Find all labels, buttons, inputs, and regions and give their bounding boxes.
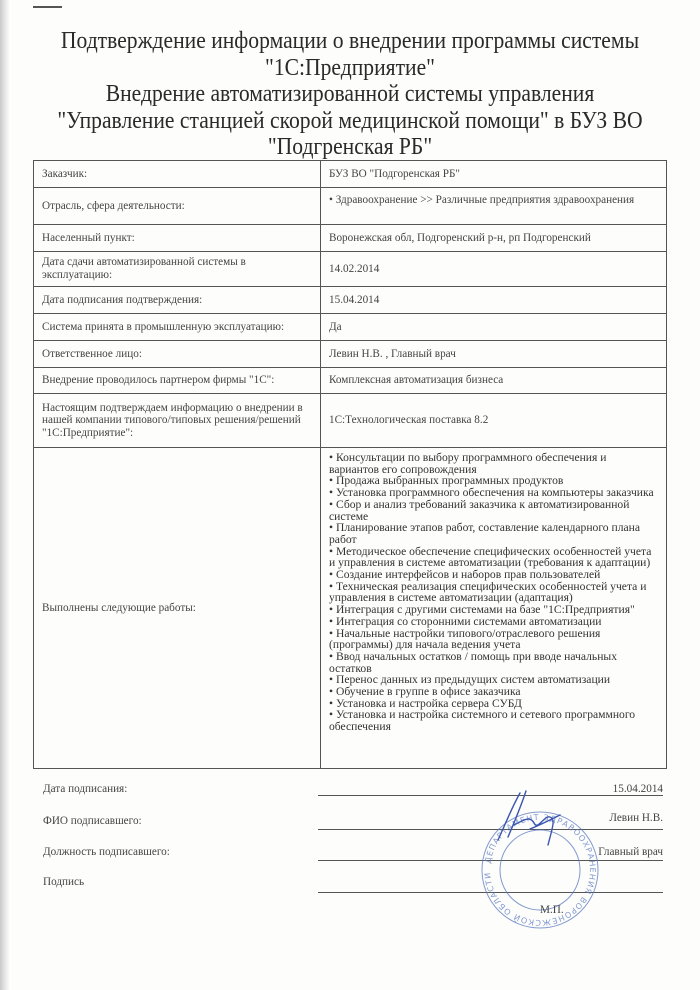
table-row: Настоящим подтверждаем информацию о внед… (34, 394, 667, 448)
row-value: Да (321, 314, 667, 341)
row-label: Заказчик: (34, 161, 321, 188)
table-row: Дата сдачи автоматизированной системы в … (34, 252, 667, 287)
table-row: Внедрение проводилось партнером фирмы "1… (34, 368, 667, 394)
list-item: • Сбор и анализ требований заказчика к а… (329, 499, 658, 522)
date-value: 15.04.2014 (613, 783, 663, 795)
list-item: • Интеграция со сторонними системами авт… (329, 616, 658, 628)
list-item: • Установка и настройка системного и сет… (329, 709, 658, 732)
position-value: Главный врач (598, 846, 663, 858)
row-value: Комплексная автоматизация бизнеса (321, 368, 667, 394)
row-value: 15.04.2014 (321, 287, 667, 314)
row-value: Левин Н.В. , Главный врач (321, 341, 667, 368)
document-title: Подтверждение информации о внедрении про… (0, 28, 700, 161)
info-table: Заказчик: БУЗ ВО "Подгоренская РБ" Отрас… (33, 160, 667, 769)
row-value: Воронежская обл, Подгоренский р-н, рп По… (321, 225, 667, 252)
row-label: Ответственное лицо: (34, 341, 321, 368)
row-label: Настоящим подтверждаем информацию о внед… (34, 394, 321, 448)
list-item: • Обучение в группе в офисе заказчика (329, 686, 658, 698)
list-item: • Планирование этапов работ, составление… (329, 522, 658, 545)
scan-mark (33, 6, 62, 8)
list-item: • Консультации по выбору программного об… (329, 452, 658, 475)
title-line: Внедрение автоматизированной системы упр… (35, 81, 665, 108)
list-item: • Методическое обеспечение специфических… (329, 546, 658, 569)
works-list: • Консультации по выбору программного об… (321, 448, 667, 769)
row-value: БУЗ ВО "Подгоренская РБ" (321, 161, 667, 188)
list-item: • Создание интерфейсов и наборов прав по… (329, 569, 658, 581)
row-label: Дата подписания подтверждения: (34, 287, 321, 314)
row-value: 1С:Технологическая поставка 8.2 (321, 394, 667, 448)
seal-placeholder: М.П. (540, 904, 564, 916)
date-label: Дата подписания: (43, 783, 127, 795)
handwritten-signature-icon (490, 785, 570, 855)
list-item: • Начальные настройки типового/отраслево… (329, 628, 658, 651)
sign-label: Подпись (43, 876, 84, 888)
table-row: Заказчик: БУЗ ВО "Подгоренская РБ" (34, 161, 667, 188)
position-label: Должность подписавшего: (43, 846, 170, 858)
title-line: "Управление станцией скорой медицинской … (35, 108, 665, 135)
row-label: Населенный пункт: (34, 225, 321, 252)
table-row: Дата подписания подтверждения: 15.04.201… (34, 287, 667, 314)
row-label: Система принята в промышленную эксплуата… (34, 314, 321, 341)
table-row: Отрасль, сфера деятельности: • Здравоохр… (34, 188, 667, 225)
title-line: "1С:Предприятие" (35, 55, 665, 82)
table-row-works: Выполнены следующие работы: • Консультац… (34, 448, 667, 769)
list-item: • Ввод начальных остатков / помощь при в… (329, 651, 658, 674)
table-row: Ответственное лицо: Левин Н.В. , Главный… (34, 341, 667, 368)
table-row: Система принята в промышленную эксплуата… (34, 314, 667, 341)
list-item: • Техническая реализация специфических о… (329, 581, 658, 604)
name-label: ФИО подписавшего: (43, 815, 142, 827)
title-line: Подтверждение информации о внедрении про… (35, 28, 665, 55)
title-line: "Подгренская РБ" (35, 134, 665, 161)
table-row: Населенный пункт: Воронежская обл, Подго… (34, 225, 667, 252)
row-label: Дата сдачи автоматизированной системы в … (34, 252, 321, 287)
row-label: Отрасль, сфера деятельности: (34, 188, 321, 225)
row-value: 14.02.2014 (321, 252, 667, 287)
row-value: • Здравоохранение >> Различные предприят… (321, 188, 667, 225)
works-label: Выполнены следующие работы: (34, 448, 321, 769)
row-label: Внедрение проводилось партнером фирмы "1… (34, 368, 321, 394)
name-value: Левин Н.В. (609, 812, 663, 824)
